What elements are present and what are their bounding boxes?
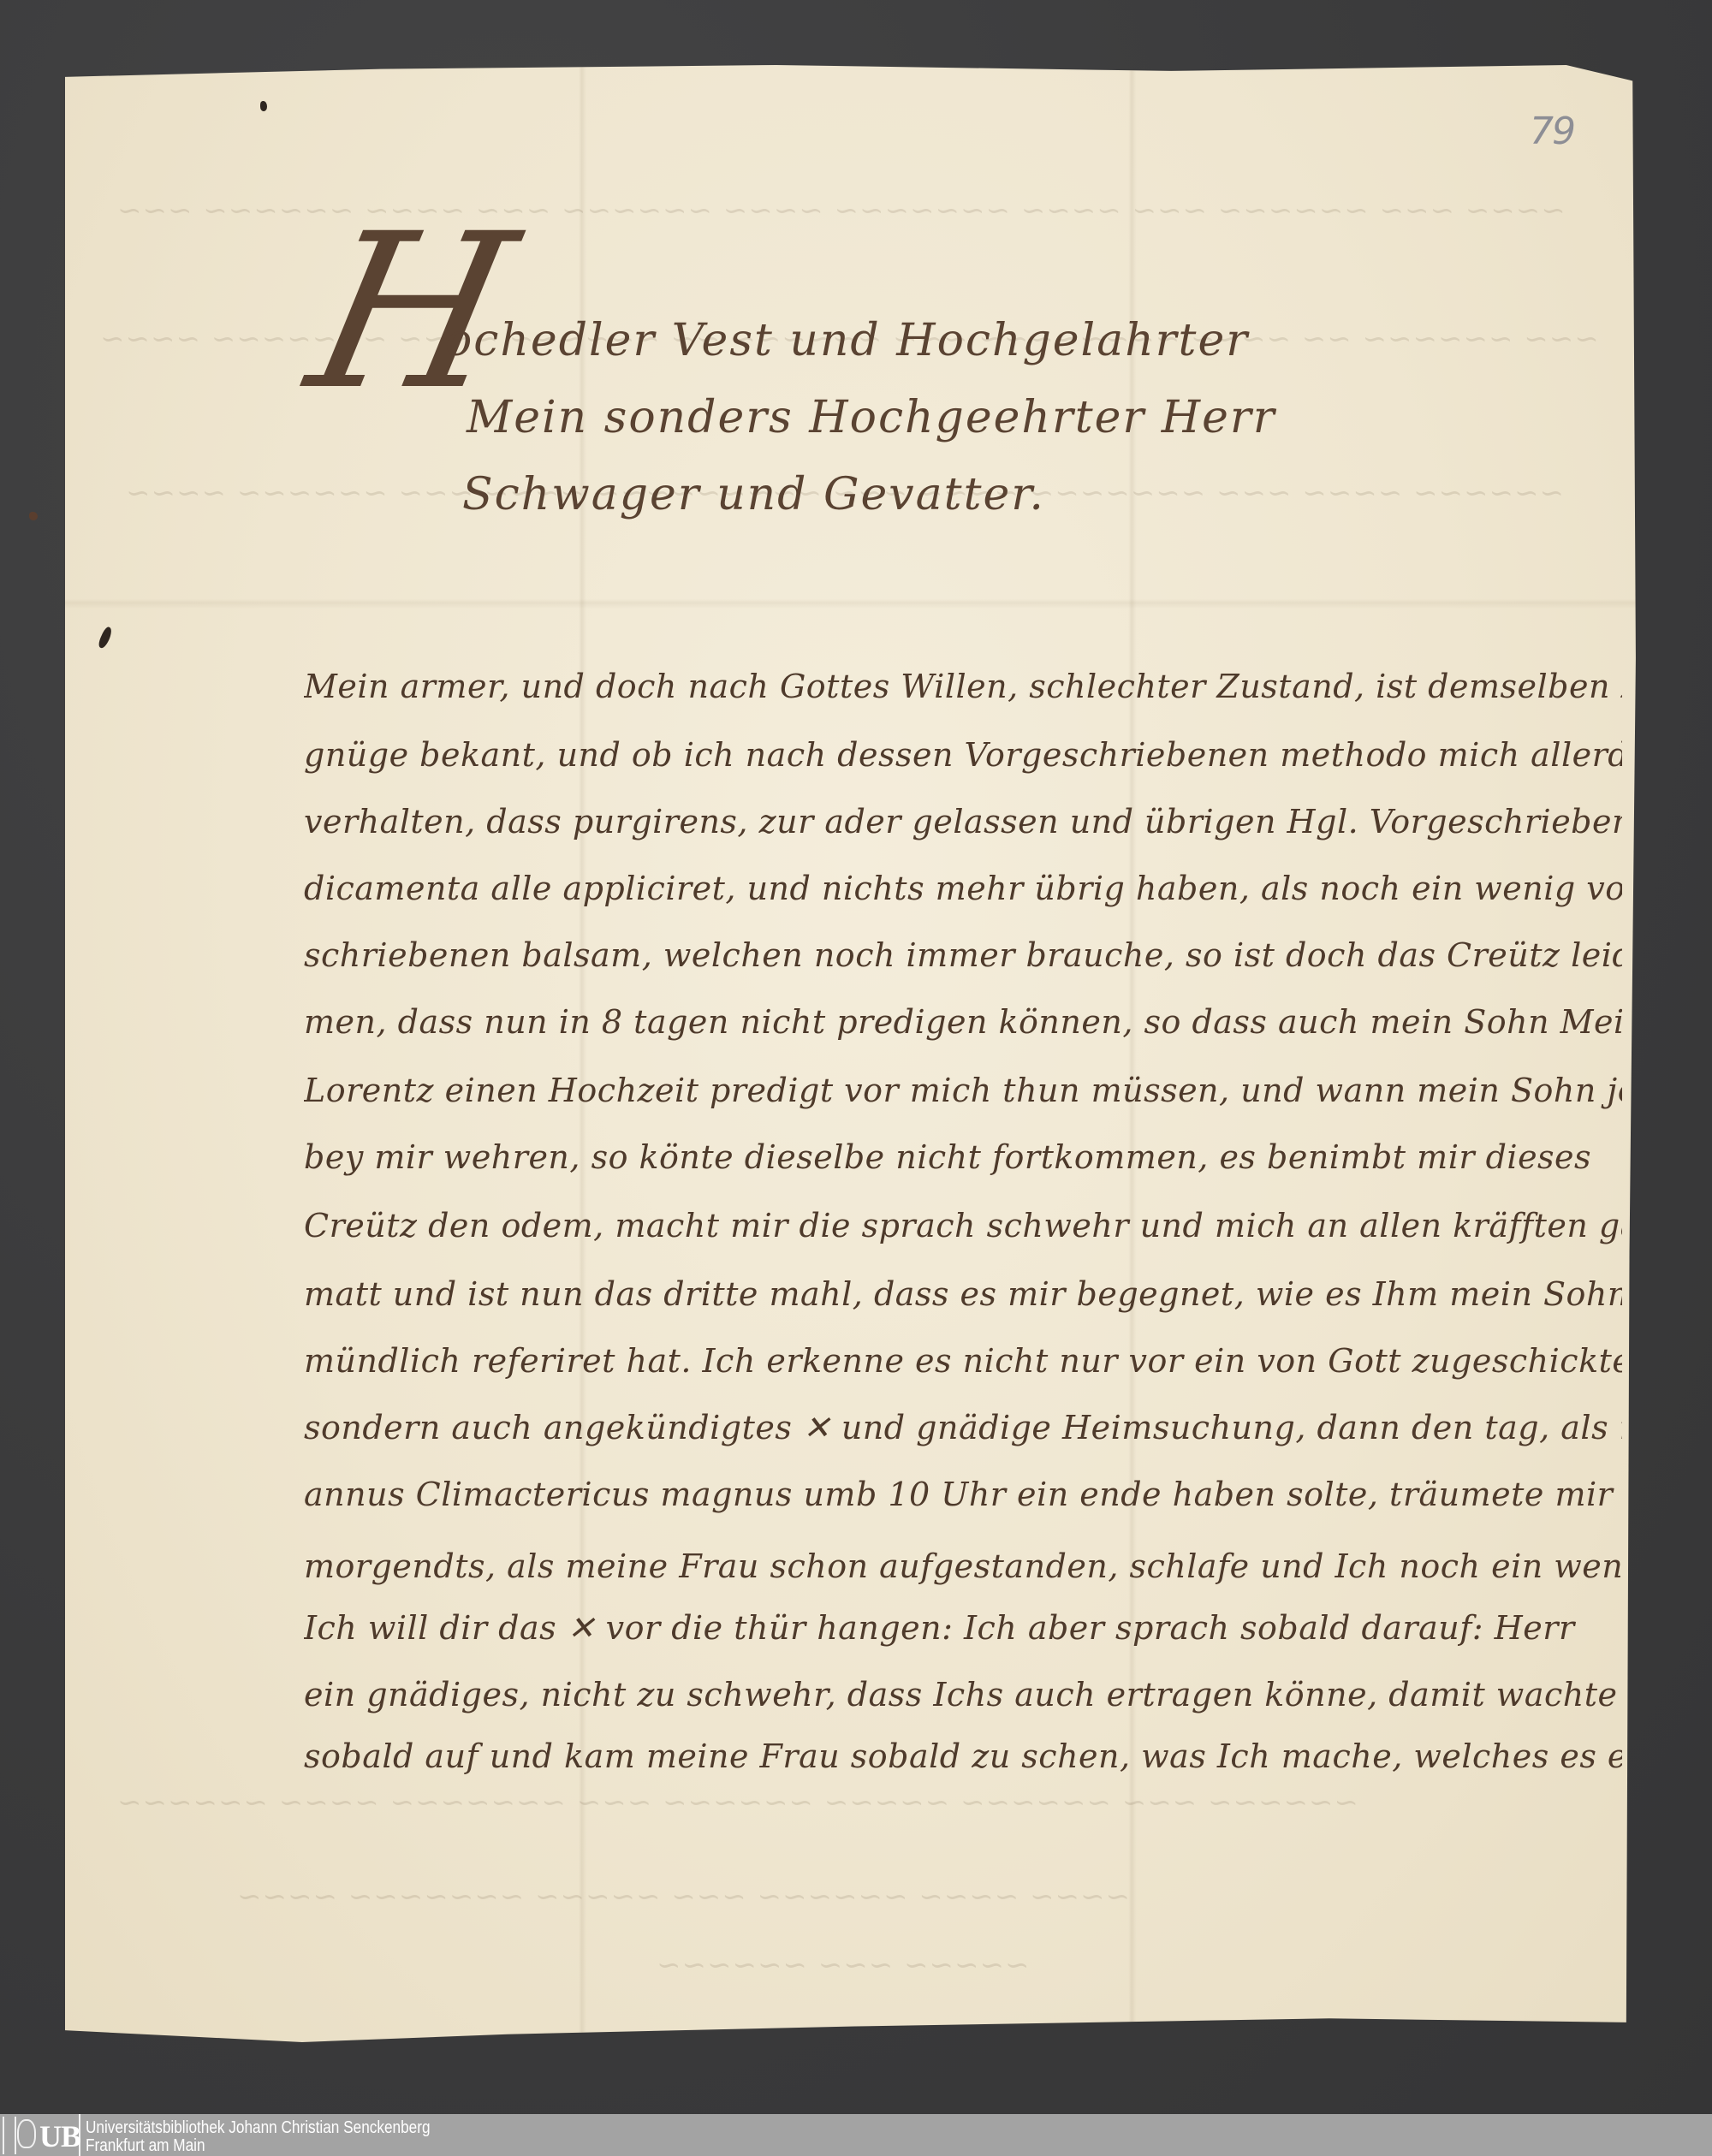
bleed-through: ~~~~~ ~~~ ~~~~~~ (656, 1948, 1029, 1982)
senckenberg-portrait-icon (17, 2119, 36, 2148)
folio-number: 79 (1530, 110, 1574, 153)
body-line: gnüge bekant, und ob ich nach dessen Vor… (304, 736, 1622, 774)
salutation-line: ochedler Vest und Hochgelahrter (445, 315, 1249, 366)
body-line: ein gnädiges, nicht zu schwehr, dass Ich… (304, 1676, 1622, 1714)
body-line: Lorentz einen Hochzeit predigt vor mich … (304, 1072, 1622, 1109)
body-line: Ich will dir das ✕ vor die thür hangen: … (304, 1609, 1622, 1647)
body-line: Mein armer, und doch nach Gottes Willen,… (304, 668, 1622, 705)
body-line: men, dass nun in 8 tagen nicht predigen … (304, 1003, 1622, 1041)
body-line: matt und ist nun das dritte mahl, dass e… (304, 1275, 1622, 1313)
salutation-line: Mein sonders Hochgeehrter Herr (467, 392, 1276, 443)
book-spines-icon (3, 2117, 16, 2154)
body-line: verhalten, dass purgirens, zur ader gela… (304, 803, 1622, 840)
body-line: sondern auch angekündigtes ✕ und gnädige… (304, 1409, 1622, 1446)
bleed-through: ~~~~ ~~~ ~~~~~~ ~~~ ~~~~ ~~~~~~~ ~~~~ ~~… (116, 193, 1566, 228)
body-line: schriebenen balsam, welchen noch immer b… (304, 936, 1622, 974)
bleed-through: ~~~~ ~~~~ ~~~~~~ ~~~ ~~~~~ ~~~~~~~ ~~~~ (236, 1880, 1130, 1914)
body-line: sobald auf und kam meine Frau sobald zu … (304, 1737, 1622, 1775)
ub-logo: UB (0, 2114, 80, 2156)
ink-spot (260, 101, 267, 111)
body-line: morgendts, als meine Frau schon aufgesta… (304, 1547, 1622, 1585)
ub-logo-text: UB (39, 2121, 80, 2152)
body-line: Creütz den odem, macht mir die sprach sc… (304, 1207, 1622, 1244)
institution-name: Universitätsbibliothek Johann Christian … (86, 2119, 431, 2136)
body-line: annus Climactericus magnus umb 10 Uhr ei… (304, 1476, 1622, 1513)
body-line: mündlich referiret hat. Ich erkenne es n… (304, 1342, 1622, 1380)
salutation-line: Schwager und Gevatter. (462, 469, 1045, 520)
body-line: bey mir wehren, so könte dieselbe nicht … (304, 1138, 1622, 1176)
institution-city: Frankfurt am Main (86, 2137, 205, 2154)
body-line: dicamenta alle appliciret, und nichts me… (304, 870, 1622, 907)
bleed-through: ~~~~~~ ~~~ ~~~~~~ ~~~~~ ~~~~~~ ~~~ ~~~~~… (116, 1785, 1358, 1820)
ink-spot (29, 512, 38, 520)
